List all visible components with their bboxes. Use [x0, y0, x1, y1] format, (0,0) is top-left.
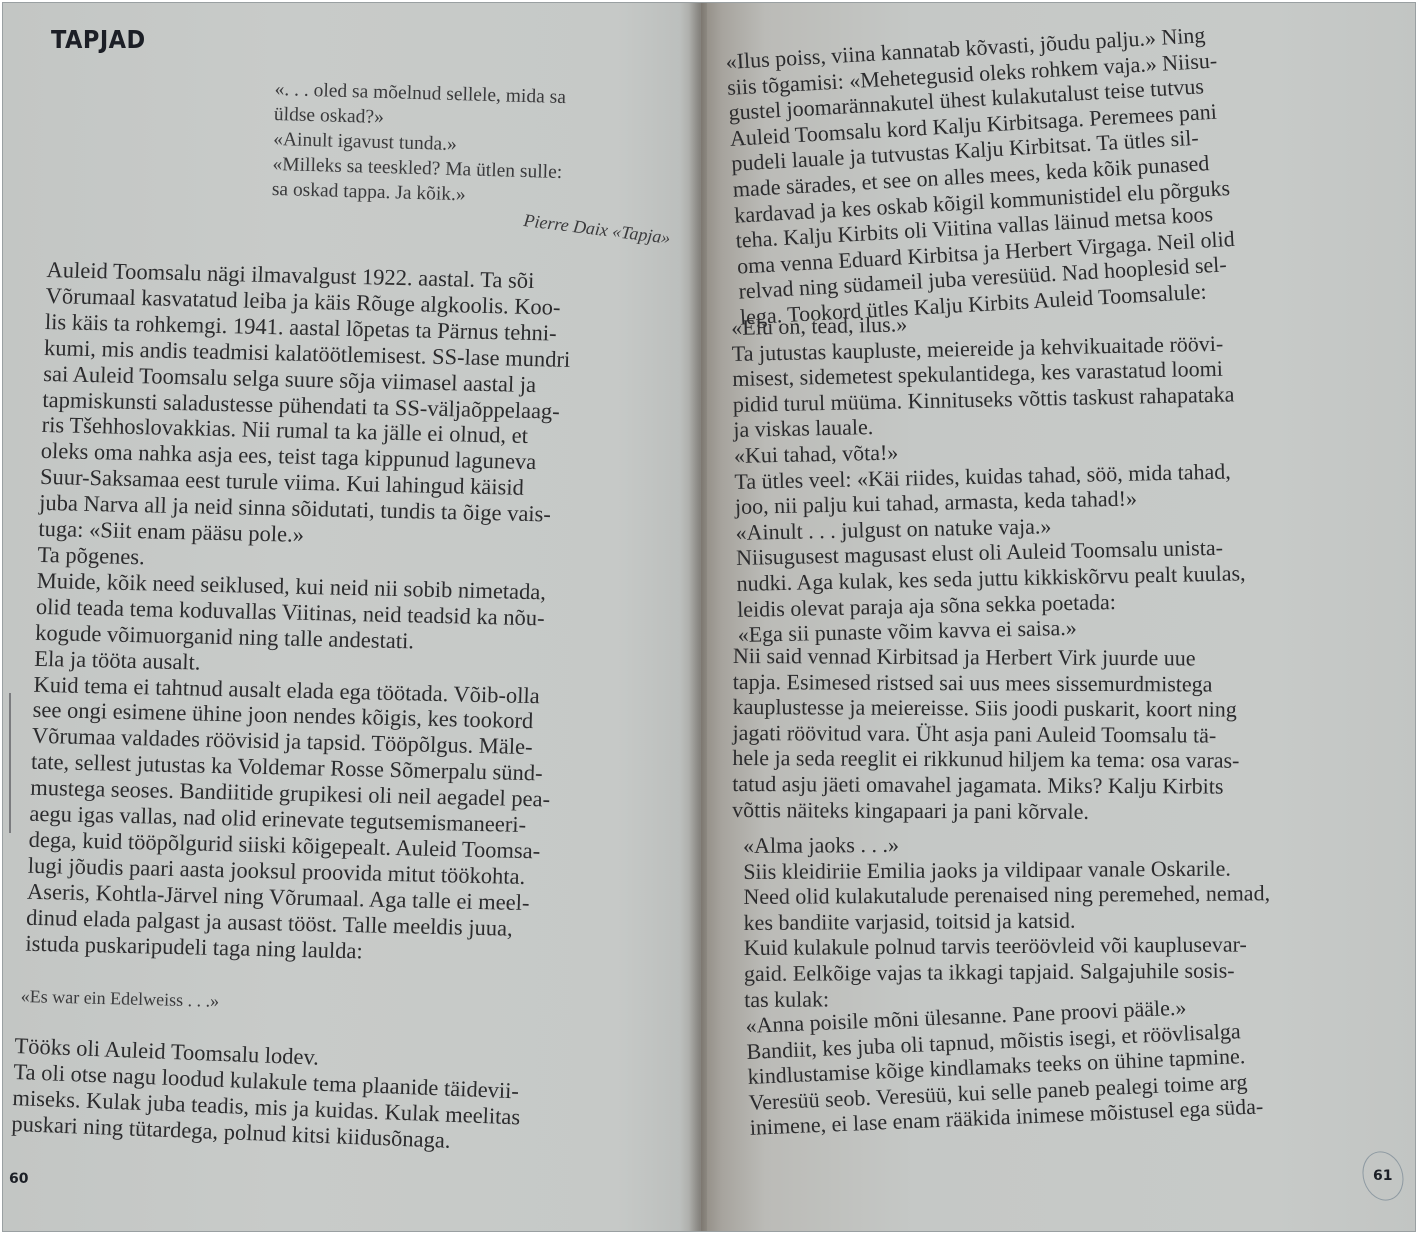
right-top-text: «Ilus poiss, viina kannatab kõvasti, jõu… — [725, 21, 1238, 330]
text-line: kes bandiite varjasid, toitsid ja katsid… — [744, 906, 1271, 935]
right-page: «Ilus poiss, viina kannatab kõvasti, jõu… — [701, 3, 1415, 1231]
text-line: hele ja seda reeglit ei rikkunud hiljem … — [732, 745, 1239, 773]
text-line: gaid. Eelkõige vajas ta ikkagi tapjaid. … — [744, 957, 1271, 986]
song-quote: «Es war ein Edelweiss . . .» — [20, 986, 219, 1012]
text-line: võttis näiteks kingapaari ja pani kõrval… — [732, 797, 1239, 825]
right-end-text: «Anna poisile mõni ülesanne. Pane proovi… — [745, 991, 1264, 1140]
epigraph-source: Pierre Daix «Tapja» — [522, 210, 671, 249]
right-low-text: Nii said vennad Kirbitsad ja Herbert Vir… — [732, 643, 1240, 825]
page-number-right-circle: 61 — [1356, 1146, 1409, 1206]
text-line: jagati röövitud vara. Üht asja pani Aule… — [732, 720, 1239, 748]
text-line: «Alma jaoks . . .» — [743, 829, 1270, 858]
book-spread: TAPJAD «. . . oled sa mõelnud sellele, m… — [2, 2, 1416, 1232]
page-edge-mark — [9, 693, 11, 833]
right-mid-text: «Elu on, tead, ilus.» Ta jutustas kauplu… — [731, 304, 1247, 647]
chapter-title: TAPJAD — [51, 25, 146, 54]
page-number-right: 61 — [1373, 1168, 1392, 1184]
left-lower-text: Tööks oli Auleid Toomsalu lodev. Ta oli … — [11, 1033, 523, 1156]
text-line: Kuid kulakule polnud tarvis teeröövleid … — [744, 932, 1271, 961]
left-body-text: Auleid Toomsalu nägi ilmavalgust 1922. a… — [25, 257, 573, 968]
text-line: tatud asju jäeti omavahel jagamata. Miks… — [732, 771, 1239, 799]
text-line: kauplustesse ja meiereisse. Siis joodi p… — [733, 694, 1240, 722]
text-line: Nii said vennad Kirbitsad ja Herbert Vir… — [733, 643, 1240, 671]
text-line: Siis kleidiriie Emilia jaoks ja vildipaa… — [743, 855, 1270, 884]
epigraph: «. . . oled sa mõelnud sellele, mida sa … — [272, 77, 675, 213]
text-line: tapja. Esimesed ristsed sai uus mees sis… — [733, 669, 1240, 697]
right-bottom-text: «Alma jaoks . . .» Siis kleidiriie Emili… — [743, 829, 1271, 1012]
page-number-left: 60 — [9, 1171, 28, 1187]
text-line: Need olid kulakutalude perenaised ning p… — [743, 881, 1270, 910]
left-page: TAPJAD «. . . oled sa mõelnud sellele, m… — [3, 3, 701, 1231]
